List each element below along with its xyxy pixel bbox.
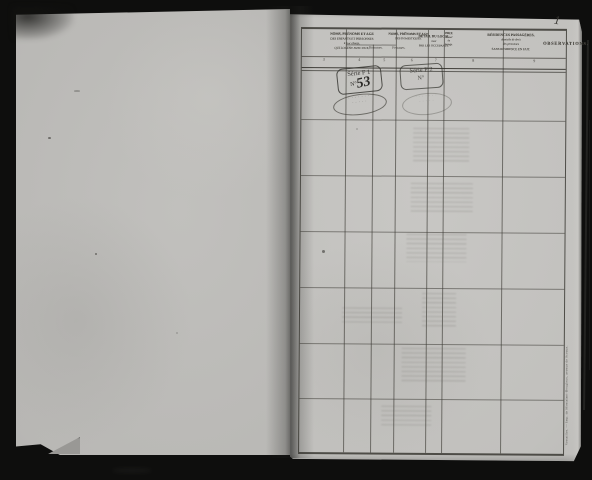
ink-showthrough	[381, 406, 431, 428]
column-number: 5	[379, 58, 391, 63]
table-vline	[500, 30, 504, 453]
ink-showthrough	[422, 293, 456, 327]
header-col-lodgers: NOMS, PRÉNOMS ET AGE DES ENFANTS ET PERS…	[302, 29, 346, 56]
header-col-premises: DÉTAIL DU LOCAL loué PAR LES OCCUPANTS.	[396, 30, 428, 57]
header-col-residences: RÉSIDENCES PASSAGÈRES, domicile de droit…	[444, 30, 503, 57]
header-col-rent: PRIX annuel du louage.	[428, 30, 444, 57]
speck	[74, 90, 80, 92]
handwritten-number: 53	[356, 75, 373, 92]
column-number: 4	[353, 57, 367, 62]
column-number: 7	[432, 58, 440, 63]
header-line: OBSERVATIONS.	[534, 41, 592, 46]
row-line	[300, 287, 564, 290]
printer-imprint: Versailles. — Imp. de Montalant-Bougleux…	[565, 385, 569, 446]
column-number: 6	[404, 58, 420, 63]
ink-showthrough	[413, 128, 469, 164]
page-corner-smudge	[12, 6, 74, 40]
header-col-servants: NOMS, PRÉNOMS ET AGE DES DOMESTIQUES.	[346, 29, 396, 44]
row-line	[299, 398, 563, 401]
left-page	[16, 9, 290, 455]
stamp-number-line: N° 53	[343, 76, 376, 91]
table-vline	[393, 30, 397, 453]
bottom-smudge	[112, 468, 152, 473]
column-number: 8	[459, 58, 489, 63]
header-sub-women: Femmes.	[373, 46, 396, 57]
page-edge-streak	[589, 120, 590, 370]
series-stamp-right: Série F 2 N°	[399, 63, 444, 91]
ink-showthrough	[342, 307, 402, 325]
header-sub-men: Hommes.	[346, 45, 373, 56]
header-col-observations: OBSERVATIONS.	[503, 30, 566, 57]
ink-showthrough	[411, 183, 473, 213]
ink-showthrough	[406, 234, 466, 262]
column-number: 3	[313, 57, 335, 62]
scanned-register-photo: 1 NOMS, PRÉNOMS ET AGE DES ENFANTS ET PE…	[0, 0, 592, 480]
series-stamp-left: Série F 1 N° 53	[336, 65, 383, 96]
ink-showthrough	[402, 348, 466, 382]
speck	[95, 253, 97, 255]
column-number: 9	[519, 59, 551, 64]
row-line	[301, 119, 565, 122]
row-line	[301, 175, 565, 178]
speck	[176, 332, 178, 334]
speck	[48, 137, 51, 139]
row-line	[300, 343, 564, 346]
stamp-number-line: N°	[406, 74, 437, 82]
